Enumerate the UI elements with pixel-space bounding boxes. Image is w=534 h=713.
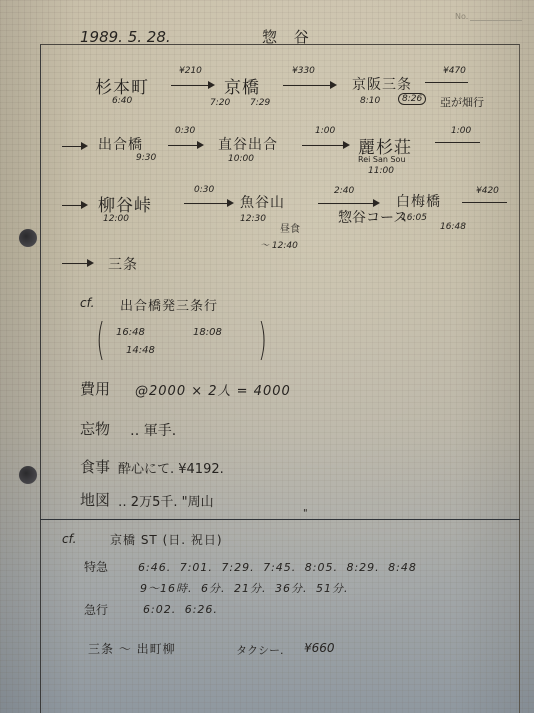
fare-4: ¥420 [476,186,499,196]
fare-3: ¥470 [443,66,466,76]
time-yanagidani: 12:00 [103,214,129,224]
time-kyobashi-dep: 7:29 [250,98,270,108]
bus-note: 亞が畑行 [440,94,484,110]
arrow-right-icon [62,205,86,206]
lunch-range: 〜 12:40 [260,238,298,251]
line-connector [425,82,468,83]
map-value: ‥ 2万5千. "周山 [118,491,214,510]
alt-time-2: 18:08 [193,327,222,338]
station-keihan-sanjo: 京阪三条 [352,74,412,94]
express-label: 急行 [84,601,108,618]
time-deaibashi: 9:30 [136,153,156,163]
station-yanagidani-toge: 柳谷峠 [98,191,152,216]
station-deaibashi: 出合橋 [98,134,143,154]
schedule-cf-marker: cf. [62,532,76,546]
meal-label: 食事 [80,456,110,477]
arrow-right-icon [283,85,335,86]
cost-value: @2000 × 2人 = 4000 [135,380,291,399]
arrow-right-icon [168,145,202,146]
section-divider [40,519,520,520]
cost-label: 費用 [80,378,110,399]
time-shiraume-dep: 16:48 [440,222,466,232]
time-uodaniyama: 12:30 [240,214,266,224]
map-label: 地図 [80,489,110,510]
page-number-label: No. [455,12,468,21]
station-uodaniyama: 魚谷山 [240,192,285,212]
station-naodani-deai: 直谷出合 [218,134,278,154]
schedule-title: 京橋 ST (日. 祝日) [110,531,223,548]
duration-2: 1:00 [315,126,335,136]
limited-express-times: 6:46. 7:01. 7:29. 7:45. 8:05. 8:29. 8:48 [138,561,417,574]
line-connector [435,142,480,143]
time-sanjo: 8:10 [360,96,380,106]
paren-close: ) [258,314,267,365]
line-connector [462,202,507,203]
header-title: 惣 谷 [262,26,315,47]
station-sugimotocho: 杉本町 [95,73,149,98]
circled-time: 8:26 [398,94,426,104]
fare-1: ¥210 [179,66,202,76]
header-date: 1989. 5. 28. [80,28,171,46]
time-sugimotocho: 6:40 [112,96,132,106]
time-naodani: 10:00 [228,154,254,164]
arrow-right-icon [302,145,348,146]
cf-marker: cf. [80,296,94,310]
time-shiraume-arr: 16:05 [401,213,427,223]
arrow-right-icon [62,263,92,264]
fare-2: ¥330 [292,66,315,76]
alt-time-1: 16:48 [116,327,145,338]
duration-1: 0:30 [175,126,195,136]
page-number-line [470,20,522,21]
binder-hole [19,466,37,484]
meal-value: 酔心にて. ¥4192. [118,458,224,477]
binder-hole [19,229,37,247]
express-times: 6:02. 6:26. [143,603,218,616]
alt-time-3: 14:48 [126,345,155,356]
circled-time-text: 8:26 [398,93,426,105]
map-ditto: " [303,508,308,519]
time-reisanso: 11:00 [368,166,394,176]
duration-3: 1:00 [451,126,471,136]
duration-5: 2:40 [334,186,354,196]
alt-bus-title: 出合橋発三条行 [120,295,218,314]
arrow-right-icon [62,146,86,147]
taxi-route: 三条 〜 出町柳 [88,640,176,657]
station-shiraumebashi: 白梅橋 [396,191,441,211]
duration-4: 0:30 [194,185,214,195]
forgotten-value: ‥ 軍手. [130,420,176,440]
lunch-label: 昼食 [280,220,300,235]
limited-express-pattern: 9〜16時. 6分. 21分. 36分. 51分. [140,580,348,596]
forgotten-label: 忘物 [80,418,110,439]
arrow-right-icon [184,203,232,204]
station-kyobashi: 京橋 [224,73,260,98]
taxi-fare: ¥660 [304,641,335,655]
arrow-right-icon [318,203,378,204]
time-kyobashi-arr: 7:20 [210,98,230,108]
limited-express-label: 特急 [84,558,108,575]
romaji-reisanso: Rei San Sou [358,155,406,164]
paren-open: ( [96,314,105,365]
arrow-right-icon [171,85,213,86]
destination-sanjo: 三条 [108,254,138,274]
taxi-mode: タクシー. [236,642,284,658]
